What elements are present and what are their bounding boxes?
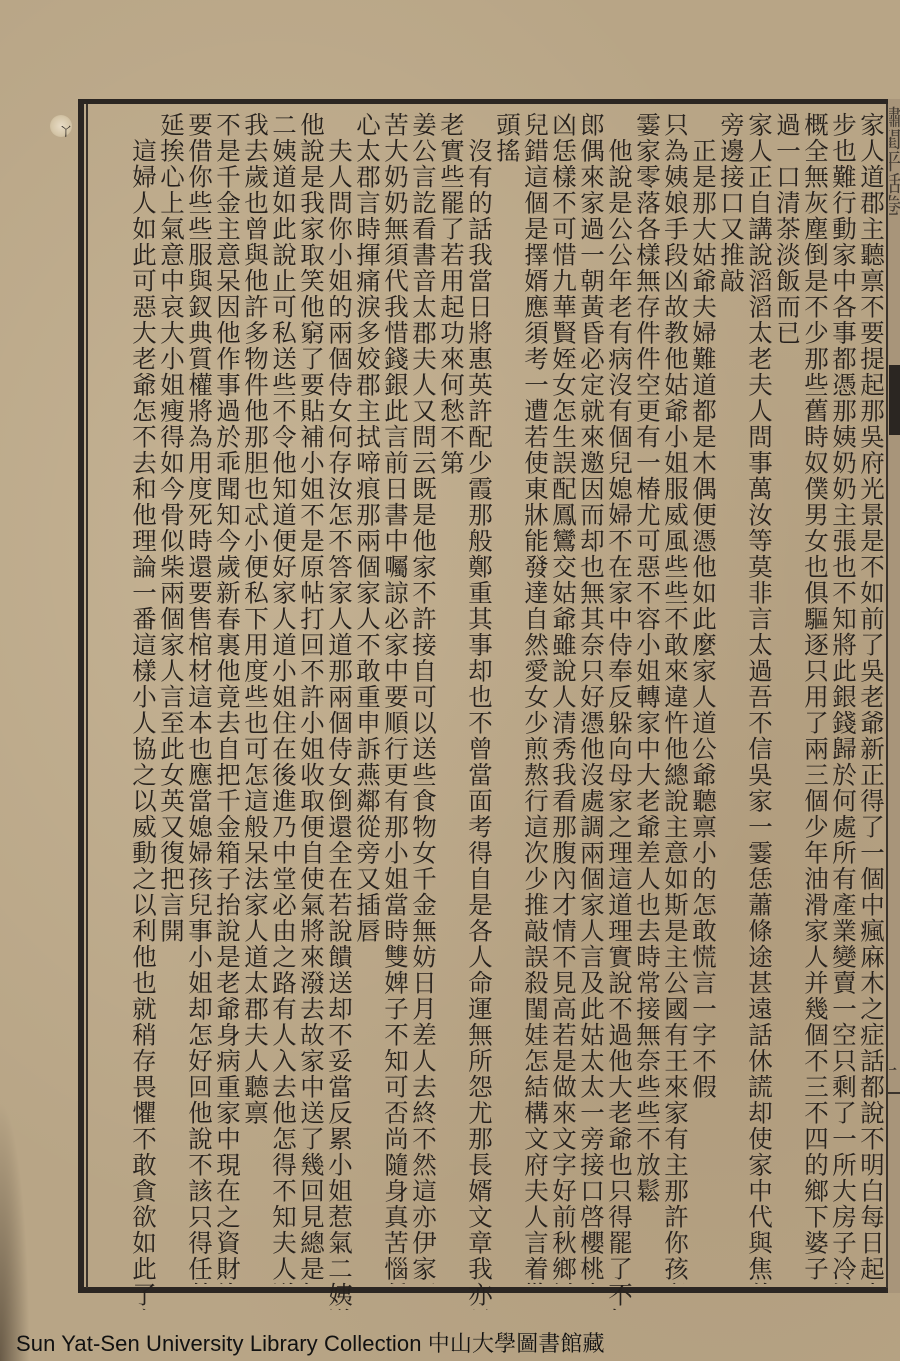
text-column-27: 這婦人如此可惡大老爺怎不去和他理論一番這樣小人協之以威動之以利他也就稍存畏懼不敢… — [130, 112, 156, 1310]
text-column-11: 郎偶來家過一朝黃昏必定就來邀因而却也無其奈只好憑他沒處調兩個家人言及此姑太太一旁… — [578, 112, 604, 1284]
text-column-26: 延挨心上氣意中哀大小姐瘦得如今骨似柴兩個家人言至此女英又復把言開 — [158, 112, 184, 1284]
frame-inner-rule — [86, 104, 88, 1288]
text-column-3: 概全無灰塵倒是不少那些舊時奴僕男女也俱驅逐只用了兩三個少年油滑家人并幾個不三不四… — [802, 112, 828, 1284]
text-column-22: 二姨道如此說止可私送些不令他知道便好家人道小姐住在後進乃中堂必由之路有人入去他怎… — [270, 112, 296, 1284]
text-column-8: 只為姨娘手段凶故教他姑爺小姐服威風些些不敢來違忤他總說主意如斯是主公國有王來家有… — [662, 112, 688, 1284]
text-column-19: 心太郡言時揮痛淚多姣郡主拭啼痕那兩個家人不敢重申訴燕鄰從旁又插唇 — [354, 112, 380, 1284]
library-collection-caption: Sun Yat-Sen University Library Collectio… — [16, 1327, 605, 1358]
text-column-21: 他說是我家取笑他窮了要貼補小姐不是原帖打回不許小姐收取便自使氣將來潑去故家中送了… — [298, 112, 324, 1284]
text-column-9: 霎家零落各樣無存件件空更有一椿尤可惡不容小姐轉家中大老爺差人也去時常接無奈些些不… — [634, 112, 660, 1284]
text-column-6: 旁邊接口又推敲 — [718, 112, 744, 1284]
text-column-5: 家人正自講說滔滔太老夫人問事萬汝等莫非言太過吾不信吳家一霎恁蕭條途甚遠話休謊却使… — [746, 112, 772, 1284]
text-column-10: 他說是公公年老有病沒有個兒媳婦不在家中侍奉反躲向母家之理這道理實說不過他大老爺也… — [606, 112, 632, 1310]
page-edge-shadow — [0, 1100, 30, 1361]
text-column-23: 我去歲也曾與他許多物件他那胆也忒小便私下用度些也可怎這般呆法家人道太郡夫人聽禀 — [242, 112, 268, 1284]
text-column-20: 夫人問你小姐的兩個侍女何存汝怎不答家人道那兩個侍女倒還全在若說饋送却不妥當反累小… — [326, 112, 352, 1310]
text-column-1: 家人道郡主聽禀不要提起那吳府光景是不如前了吳老爺新正得了一個中瘋麻木之症話都說不… — [858, 112, 884, 1284]
text-column-24: 不是千金主意呆因他作事過於乖聞知今歲新春裏他竟去自把千金箱子抬說是老爺身病重家中… — [214, 112, 240, 1284]
fold-fishtail-mark — [889, 365, 900, 435]
text-column-18: 苦大奶奶無須代我惜錢銀此言前日書中囑諒必家中要順行更有那小姐當時雙婢子不知可否尚… — [382, 112, 408, 1284]
text-column-16: 老實些罷了若用起功來何愁不第 — [438, 112, 464, 1284]
fold-margin-title: 繡閨平話卷 — [889, 106, 900, 356]
fold-divider — [888, 1092, 900, 1094]
text-column-25: 要借你些些服與釵典質權將為用度死時還要售棺材這本也應當媳婦孩兒事小姐却怎好回他說… — [186, 112, 212, 1284]
ink-blot-mark: ㄚ — [58, 118, 74, 141]
text-column-7: 正是那大姑爺夫婦難道都是木偶便憑他如此麼家人道公爺聽禀小的怎敢慌言一字不假 — [690, 112, 716, 1310]
text-column-17: 姜公言訖看書音太郡夫人又問云既是他家不許接自可以送些食物女千金無妨日月差人去終不… — [410, 112, 436, 1284]
fold-page-number: 十 — [889, 1060, 900, 1100]
text-column-13: 兒錯這個是擇婿應須考一遭若使東牀能發達自然愛女少煎熬行這次少推敲誤殺閨娃怎結構文… — [522, 112, 548, 1284]
text-column-12: 凶恁樣不可惜九華賢姪女怎生誤配鳳鸞交姑爺雖說人清秀我看那腹內才情不見高若是做來文… — [550, 112, 576, 1284]
text-column-15: 沒有的話我當日將惠英許配少霞那般鄭重其事却也不曾當面考得自是各人命運無所怨尤那長… — [466, 112, 492, 1310]
text-column-14: 頭搖 — [494, 112, 520, 1284]
text-columns: 家人道郡主聽禀不要提起那吳府光景是不如前了吳老爺新正得了一個中瘋麻木之症話都說不… — [90, 112, 884, 1284]
text-column-2: 步也難行動家中各事都憑那姨奶奶主張也不知將此銀錢歸於何處所有產業變賣一空只剩了一… — [830, 112, 856, 1284]
text-column-4: 過一口清茶淡飯而已 — [774, 112, 800, 1284]
scanned-book-page: 繡閨平話卷 十 ㄚ 家人道郡主聽禀不要提起那吳府光景是不如前了吳老爺新正得了一個… — [0, 0, 900, 1361]
